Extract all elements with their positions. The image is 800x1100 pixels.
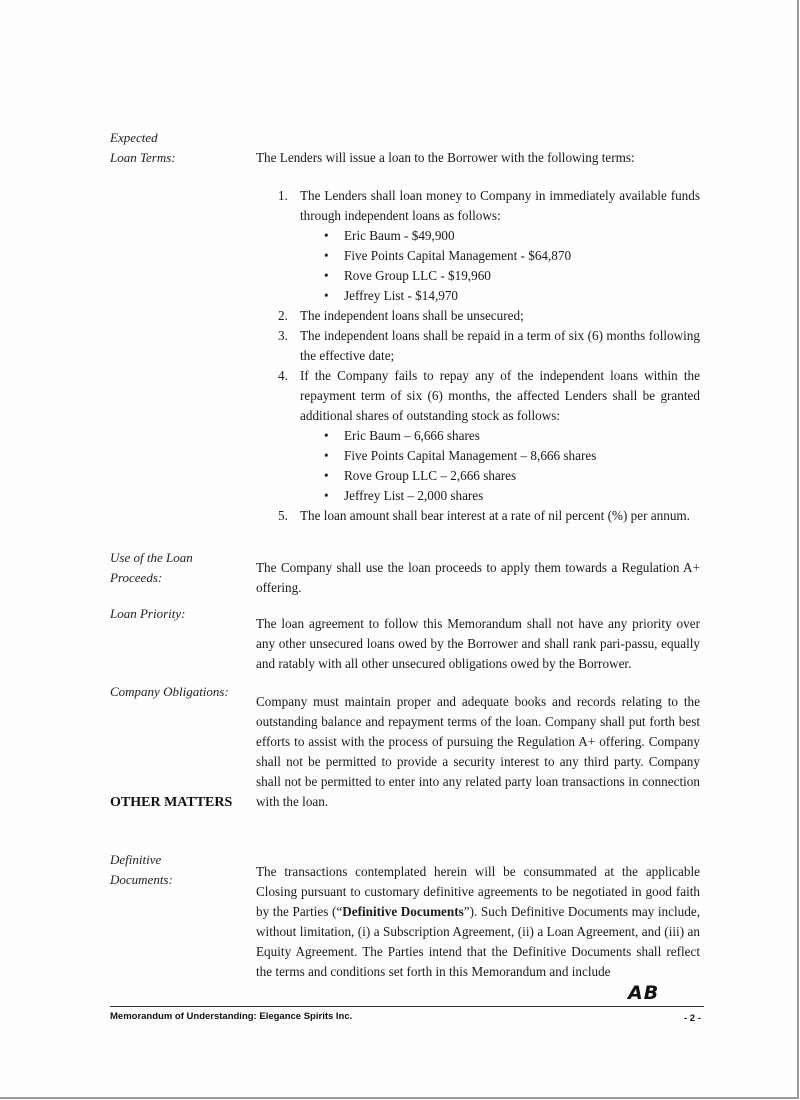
list-item: •Five Points Capital Management – 8,666 …: [322, 446, 700, 466]
item-number: 4.: [278, 366, 288, 386]
label-line: Documents:: [110, 870, 173, 890]
bullet-icon: •: [324, 246, 329, 266]
item-number: 2.: [278, 306, 288, 326]
bullet-icon: •: [324, 426, 329, 446]
page-number: - 2 -: [684, 1013, 701, 1024]
item-text: The loan amount shall bear interest at a…: [300, 508, 690, 523]
section-label-use-of-proceeds: Use of the Loan Proceeds:: [110, 548, 193, 588]
list-item: •Jeffrey List - $14,970: [322, 286, 700, 306]
list-item: •Eric Baum - $49,900: [322, 226, 700, 246]
list-item: 3. The independent loans shall be repaid…: [278, 326, 700, 366]
share-grants-list: •Eric Baum – 6,666 shares •Five Points C…: [300, 426, 700, 506]
bullet-icon: •: [324, 486, 329, 506]
defined-term: Definitive Documents: [342, 904, 464, 919]
list-item: •Rove Group LLC – 2,666 shares: [322, 466, 700, 486]
bullet-text: Eric Baum – 6,666 shares: [344, 428, 480, 443]
list-item: •Rove Group LLC - $19,960: [322, 266, 700, 286]
bullet-text: Rove Group LLC – 2,666 shares: [344, 468, 516, 483]
label-line: Loan Terms:: [110, 148, 176, 168]
bullet-icon: •: [324, 466, 329, 486]
loan-priority-text: The loan agreement to follow this Memora…: [256, 614, 700, 674]
loan-terms-intro: The Lenders will issue a loan to the Bor…: [256, 148, 635, 168]
list-item: •Five Points Capital Management - $64,87…: [322, 246, 700, 266]
list-item: •Jeffrey List – 2,000 shares: [322, 486, 700, 506]
label-line: Definitive: [110, 850, 173, 870]
bullet-text: Rove Group LLC - $19,960: [344, 268, 491, 283]
item-text: The Lenders shall loan money to Company …: [300, 188, 700, 223]
other-matters-heading: OTHER MATTERS: [110, 795, 232, 811]
section-label-definitive-documents: Definitive Documents:: [110, 850, 173, 890]
loan-terms-list: 1. The Lenders shall loan money to Compa…: [278, 186, 700, 526]
bullet-text: Jeffrey List – 2,000 shares: [344, 488, 483, 503]
item-number: 1.: [278, 186, 288, 206]
item-text: The independent loans shall be repaid in…: [300, 328, 700, 363]
item-number: 3.: [278, 326, 288, 346]
item-text: If the Company fails to repay any of the…: [300, 368, 700, 423]
list-item: 5. The loan amount shall bear interest a…: [278, 506, 700, 526]
bullet-text: Five Points Capital Management - $64,870: [344, 248, 571, 263]
document-page: Expected Loan Terms: The Lenders will is…: [0, 0, 799, 1099]
list-item: •Eric Baum – 6,666 shares: [322, 426, 700, 446]
bullet-text: Five Points Capital Management – 8,666 s…: [344, 448, 596, 463]
footer-divider: [110, 1006, 704, 1007]
bullet-icon: •: [324, 266, 329, 286]
label-line: Use of the Loan: [110, 548, 193, 568]
list-item: 1. The Lenders shall loan money to Compa…: [278, 186, 700, 306]
handwritten-initials: AB: [628, 982, 659, 1004]
footer-document-title: Memorandum of Understanding: Elegance Sp…: [110, 1011, 352, 1022]
section-label-loan-priority: Loan Priority:: [110, 604, 185, 624]
bullet-text: Eric Baum - $49,900: [344, 228, 455, 243]
bullet-icon: •: [324, 286, 329, 306]
bullet-icon: •: [324, 226, 329, 246]
use-of-proceeds-text: The Company shall use the loan proceeds …: [256, 558, 700, 598]
definitive-documents-text: The transactions contemplated herein wil…: [256, 862, 700, 982]
bullet-icon: •: [324, 446, 329, 466]
section-label-company-obligations: Company Obligations:: [110, 682, 229, 702]
company-obligations-text: Company must maintain proper and adequat…: [256, 692, 700, 812]
label-line: Proceeds:: [110, 568, 193, 588]
loan-amounts-list: •Eric Baum - $49,900 •Five Points Capita…: [300, 226, 700, 306]
list-item: 2. The independent loans shall be unsecu…: [278, 306, 700, 326]
list-item: 4. If the Company fails to repay any of …: [278, 366, 700, 506]
section-label-expected-loan-terms: Expected Loan Terms:: [110, 128, 176, 168]
item-number: 5.: [278, 506, 288, 526]
bullet-text: Jeffrey List - $14,970: [344, 288, 458, 303]
label-line: Expected: [110, 128, 176, 148]
item-text: The independent loans shall be unsecured…: [300, 308, 524, 323]
